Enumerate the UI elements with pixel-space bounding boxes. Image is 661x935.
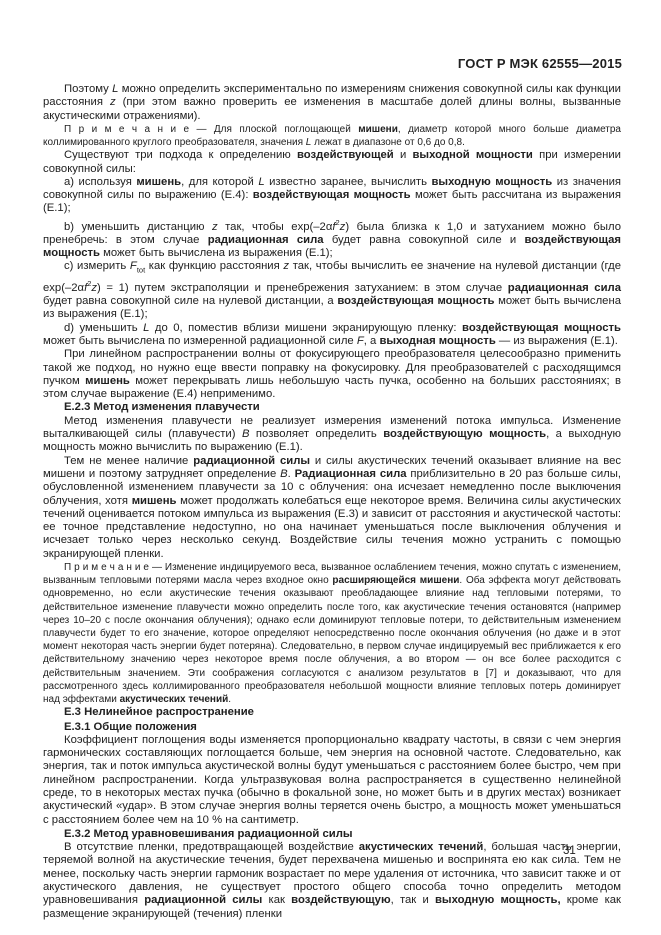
section-heading-e2-3: Е.2.3 Метод изменения плавучести	[43, 401, 621, 414]
list-item-c: c) измерить Ftot как функцию расстояния …	[43, 260, 621, 321]
paragraph-no-film: В отсутствие пленки, предотвращающей воз…	[43, 841, 621, 921]
note-indicated-weight: П р и м е ч а н и е — Изменение индициру…	[43, 561, 621, 706]
paragraph-linear-propagation: При линейном распространении волны от фо…	[43, 348, 621, 401]
section-heading-e3-2: Е.3.2 Метод уравновешивания радиационной…	[43, 828, 621, 841]
document-page: ГОСТ Р МЭК 62555—2015 Поэтому L можно оп…	[0, 0, 661, 935]
paragraph-three-approaches: Существуют три подхода к определению воз…	[43, 149, 621, 176]
section-heading-e3-1: Е.3.1 Общие положения	[43, 721, 621, 734]
document-root: html, body { margin: 0; padding: 0; back…	[0, 0, 661, 935]
paragraph-radiation-force: Тем не менее наличие радиационной силы и…	[43, 455, 621, 561]
note-flat-target: П р и м е ч а н и е — Для плоской поглощ…	[43, 123, 621, 149]
list-item-a: a) используя мишень, для которой L извес…	[43, 176, 621, 216]
section-heading-e3: Е.3 Нелинейное распространение	[43, 706, 621, 719]
list-item-b: b) уменьшить дистанцию z так, чтобы exp(…	[43, 216, 621, 261]
paragraph-absorption-coefficient: Коэффициент поглощения воды изменяется п…	[43, 734, 621, 827]
paragraph-determine-l: Поэтому L можно определить экспериментал…	[43, 83, 621, 123]
list-item-d: d) уменьшить L до 0, поместив вблизи миш…	[43, 322, 621, 349]
page-body: Поэтому L можно определить экспериментал…	[43, 83, 621, 921]
page-number: 31	[563, 845, 576, 857]
running-header: ГОСТ Р МЭК 62555—2015	[458, 56, 622, 71]
paragraph-buoyancy-method: Метод изменения плавучести не реализует …	[43, 415, 621, 455]
